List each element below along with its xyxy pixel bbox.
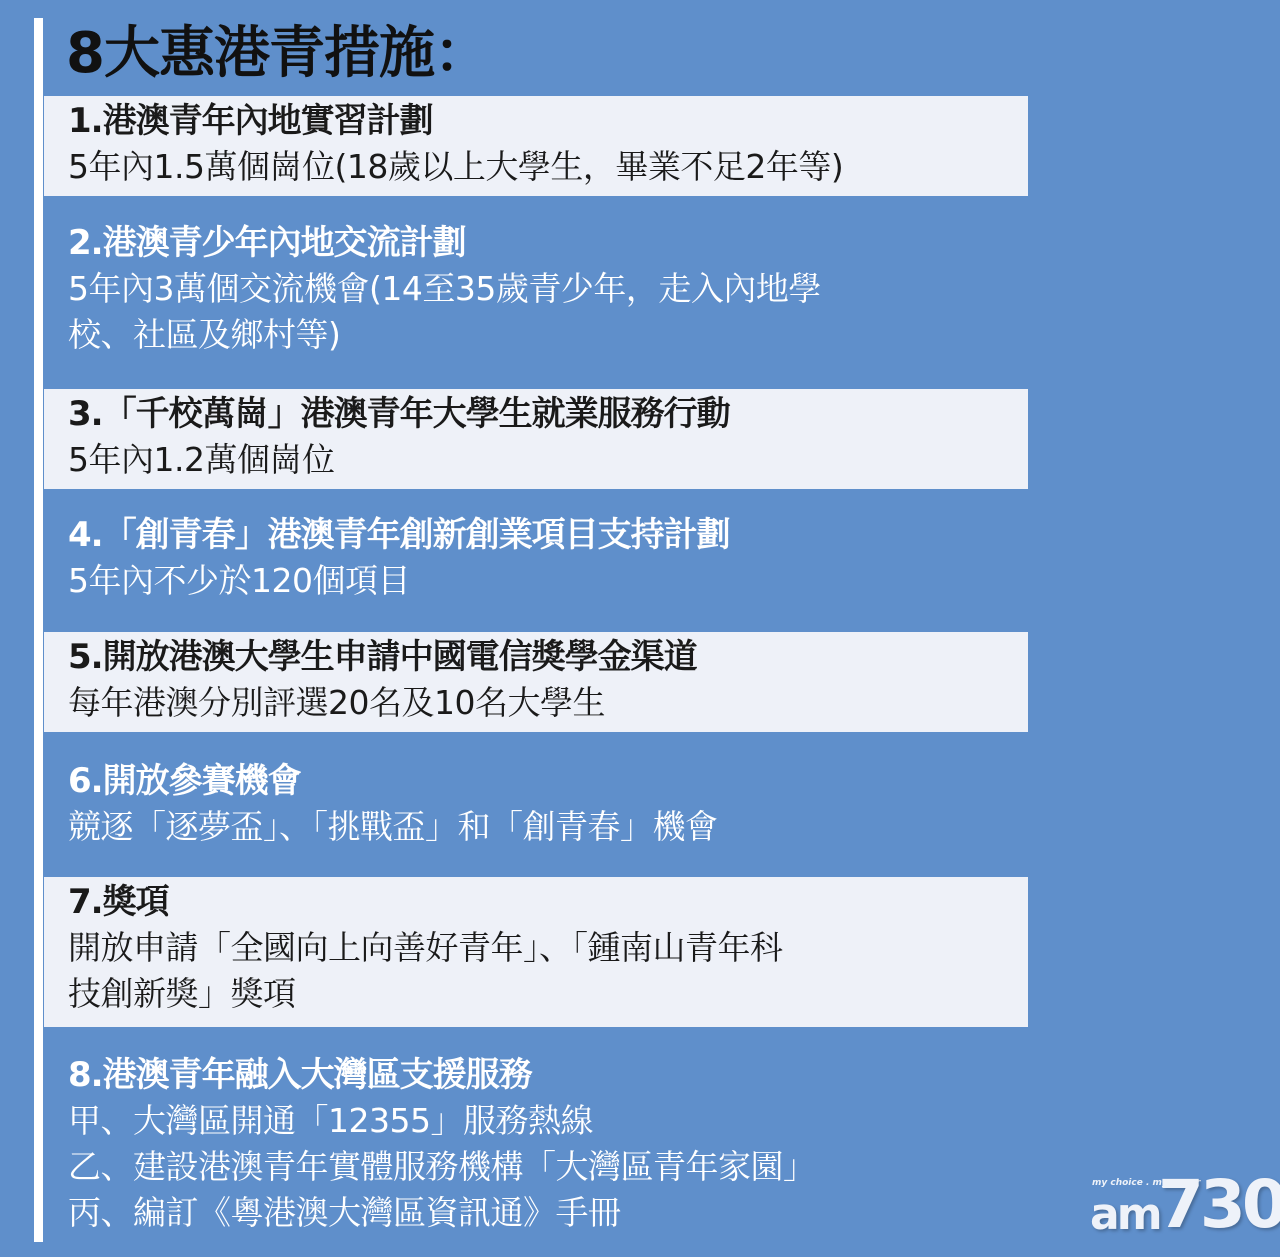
- measure-item-8: 8.港澳青年融入大灣區支援服務 甲、大灣區開通「12355」服務熱線 乙、建設港…: [44, 1052, 1028, 1242]
- measure-detail: 每年港澳分別評選20名及10名大學生: [68, 680, 1028, 726]
- measure-detail: 乙、建設港澳青年實體服務機構「大灣區青年家園」: [68, 1144, 1028, 1190]
- measure-item-5: 5.開放港澳大學生申請中國電信獎學金渠道 每年港澳分別評選20名及10名大學生: [44, 632, 1028, 732]
- logo-letters: am: [1090, 1190, 1160, 1240]
- measure-heading: 2.港澳青少年內地交流計劃: [68, 220, 1028, 266]
- measure-detail: 校、社區及鄉村等): [68, 312, 1028, 358]
- measure-detail: 5年內3萬個交流機會(14至35歲青少年，走入內地學: [68, 266, 1028, 312]
- measure-item-4: 4.「創青春」港澳青年創新創業項目支持計劃 5年內不少於120個項目: [44, 512, 1028, 612]
- accent-bar: [34, 18, 43, 1242]
- measure-detail: 開放申請「全國向上向善好青年」、「鍾南山青年科: [68, 925, 1028, 971]
- measure-item-1: 1.港澳青年內地實習計劃 5年內1.5萬個崗位(18歲以上大學生，畢業不足2年等…: [44, 96, 1028, 196]
- measure-heading: 5.開放港澳大學生申請中國電信獎學金渠道: [68, 634, 1028, 680]
- logo-number: 730: [1158, 1170, 1280, 1240]
- measure-detail: 5年內不少於120個項目: [68, 558, 1028, 604]
- measure-item-2: 2.港澳青少年內地交流計劃 5年內3萬個交流機會(14至35歲青少年，走入內地學…: [44, 220, 1028, 370]
- measure-heading: 3.「千校萬崗」港澳青年大學生就業服務行動: [68, 391, 1028, 437]
- measure-heading: 8.港澳青年融入大灣區支援服務: [68, 1052, 1028, 1098]
- measure-item-7: 7.獎項 開放申請「全國向上向善好青年」、「鍾南山青年科 技創新獎」獎項: [44, 877, 1028, 1027]
- measure-detail: 5年內1.2萬個崗位: [68, 437, 1028, 483]
- measure-detail: 5年內1.5萬個崗位(18歲以上大學生，畢業不足2年等): [68, 144, 1028, 190]
- measure-heading: 6.開放參賽機會: [68, 758, 1028, 804]
- measure-detail: 競逐「逐夢盃」、「挑戰盃」和「創青春」機會: [68, 804, 1028, 850]
- measure-detail: 甲、大灣區開通「12355」服務熱線: [68, 1098, 1028, 1144]
- measure-item-3: 3.「千校萬崗」港澳青年大學生就業服務行動 5年內1.2萬個崗位: [44, 389, 1028, 489]
- page-title: 8大惠港青措施：: [66, 16, 489, 92]
- measure-heading: 1.港澳青年內地實習計劃: [68, 98, 1028, 144]
- measure-detail: 技創新獎」獎項: [68, 971, 1028, 1017]
- measure-item-6: 6.開放參賽機會 競逐「逐夢盃」、「挑戰盃」和「創青春」機會: [44, 758, 1028, 858]
- am730-logo: my choice . my paper am 730: [1090, 1180, 1260, 1240]
- measure-heading: 4.「創青春」港澳青年創新創業項目支持計劃: [68, 512, 1028, 558]
- measure-heading: 7.獎項: [68, 879, 1028, 925]
- measure-detail: 丙、編訂《粵港澳大灣區資訊通》手冊: [68, 1190, 1028, 1236]
